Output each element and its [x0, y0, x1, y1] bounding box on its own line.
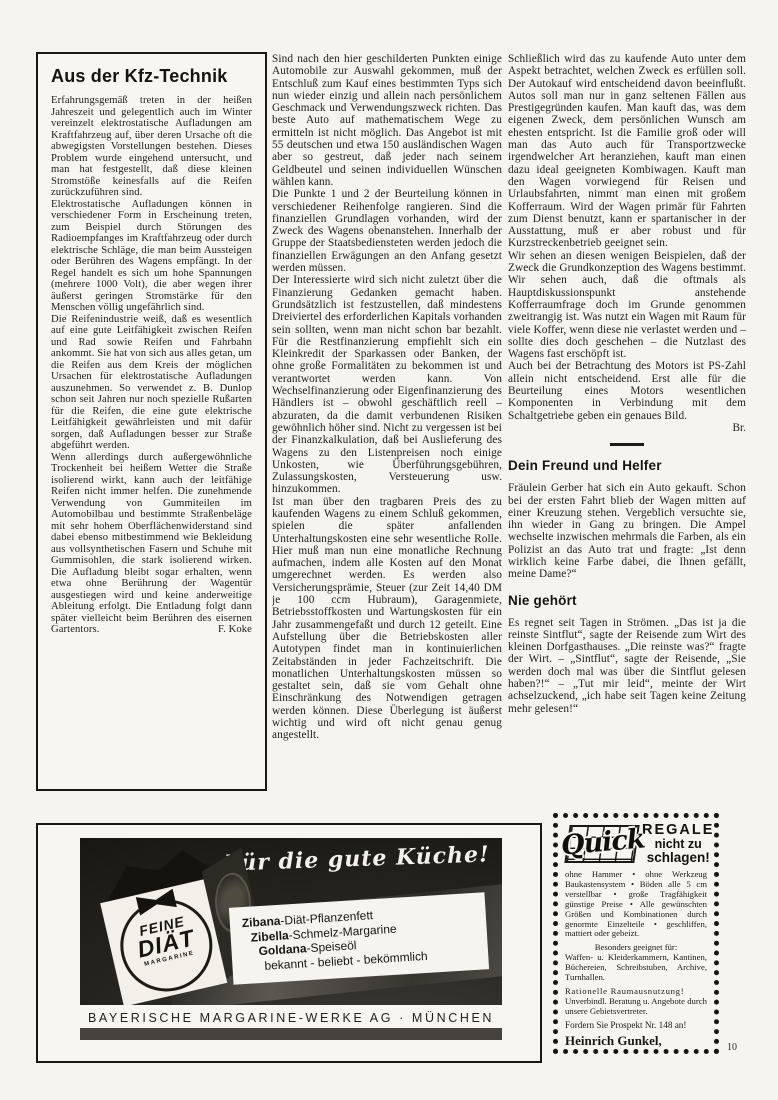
- auto-paragraph-3: Der Interessierte wird sich nicht zuletz…: [272, 274, 502, 495]
- ad-quick-regale: Quick REGALE nicht zu schlagen! ohne Ham…: [553, 813, 719, 1054]
- kfz-author-signature: F. Koke: [208, 624, 252, 636]
- kfz-paragraph-3: Die Reifenindustrie weiß, daß es wesentl…: [51, 314, 252, 452]
- product-list-box: Zibana-Diät-Pflanzenfett Zibella-Schmelz…: [229, 892, 489, 984]
- nie-text: Es regnet seit Tagen in Strömen. „Das is…: [508, 617, 746, 715]
- article-kfz-title: Aus der Kfz-Technik: [51, 66, 252, 87]
- quick-headline-regale: REGALE: [642, 823, 714, 838]
- section-divider: [610, 443, 644, 446]
- article-kfz-technik: Aus der Kfz-Technik Erfahrungsgemäß tret…: [36, 52, 267, 791]
- ad-margarine-bottom-bar: [80, 1028, 502, 1040]
- quick-note-2: Unverbindl. Beratung u. Angebote durch u…: [565, 997, 707, 1017]
- auto-paragraph-4: Ist man über den tragbaren Preis des zu …: [272, 496, 502, 742]
- quick-company: Heinrich Gunkel, Düsseldorf: [565, 1034, 707, 1054]
- auto-paragraph-5: Schließlich wird das zu kaufende Auto un…: [508, 53, 746, 250]
- auto-paragraph-6: Wir sehen an diesen wenigen Beispielen, …: [508, 250, 746, 361]
- page-number: 10: [727, 1042, 737, 1053]
- freund-text: Fräulein Gerber hat sich ein Auto gekauf…: [508, 482, 746, 580]
- auto-author-signature: Br.: [508, 422, 746, 434]
- column-right: Schließlich wird das zu kaufende Auto un…: [508, 53, 746, 823]
- feine-diaet-ring-logo: FEINE DIÄT MARGARINE: [111, 890, 221, 1000]
- quick-headline-schlagen: schlagen!: [642, 851, 714, 865]
- kfz-paragraph-4: Wenn allerdings durch außergewöhnliche T…: [51, 452, 252, 636]
- bow-icon: [136, 889, 177, 916]
- heading-nie-gehoert: Nie gehört: [508, 593, 746, 608]
- quick-logo-row: Quick REGALE nicht zu schlagen!: [565, 822, 707, 866]
- heading-dein-freund: Dein Freund und Helfer: [508, 458, 746, 473]
- kfz-paragraph-2: Elektrostatische Aufladungen können in v…: [51, 199, 252, 314]
- quick-suited-text: Waffen- u. Kleiderkammern, Kantinen, Büc…: [565, 953, 707, 983]
- ad-margarine-panel: Für die gute Küche! FEINE DIÄT MARGARINE…: [80, 838, 502, 1005]
- ad-margarine-company: BAYERISCHE MARGARINE-WERKE AG · MÜNCHEN: [80, 1011, 502, 1025]
- column-middle: Sind nach den hier geschilderten Punkten…: [272, 53, 502, 813]
- auto-paragraph-2: Die Punkte 1 und 2 der Beurteilung könne…: [272, 188, 502, 274]
- kfz-paragraph-4-text: Wenn allerdings durch außergewöhnliche T…: [51, 452, 252, 636]
- quick-headline: REGALE nicht zu schlagen!: [642, 823, 714, 865]
- kfz-paragraph-1: Erfahrungsgemäß treten in der heißen Jah…: [51, 95, 252, 199]
- magazine-page: Aus der Kfz-Technik Erfahrungsgemäß tret…: [0, 0, 778, 1100]
- auto-paragraph-7: Auch bei der Betrachtung des Motors ist …: [508, 360, 746, 421]
- quick-features: ohne Hammer • ohne Werkzeug Baukastensys…: [565, 870, 707, 939]
- auto-paragraph-1: Sind nach den hier geschilderten Punkten…: [272, 53, 502, 188]
- quick-prospekt: Fordern Sie Prospekt Nr. 148 an!: [565, 1021, 707, 1031]
- shelf-logo: Quick: [565, 822, 639, 866]
- ad-margarine: Für die gute Küche! FEINE DIÄT MARGARINE…: [36, 823, 542, 1063]
